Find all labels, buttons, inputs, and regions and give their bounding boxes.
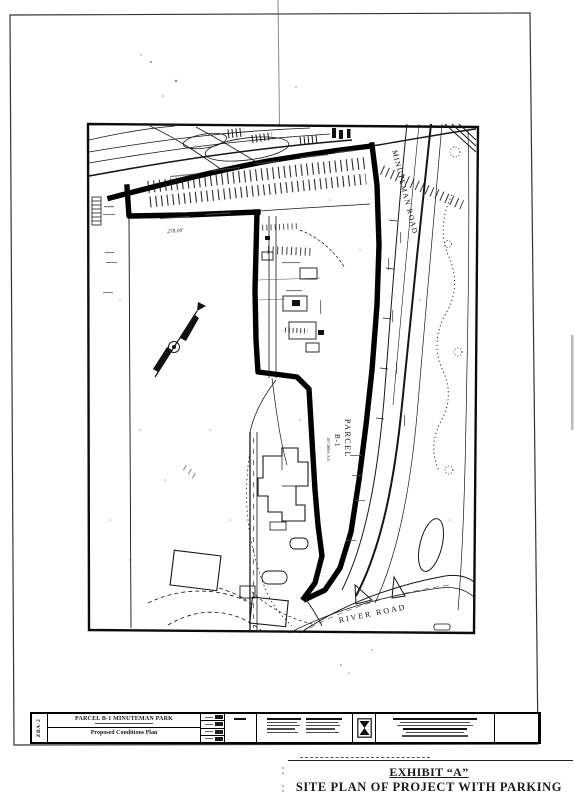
title-block: ZBA-2 PARCEL B-1 MINUTEMAN PARK Proposed… bbox=[30, 712, 541, 744]
exhibit-title: SITE PLAN OF PROJECT WITH PARKING bbox=[285, 780, 573, 795]
surveyor-logo-icon bbox=[357, 718, 372, 738]
dash-mark bbox=[234, 718, 246, 720]
drawing-title: Proposed Conditions Plan bbox=[91, 730, 158, 736]
sheet-number: ZBA-2 bbox=[37, 719, 43, 737]
scan-smear bbox=[571, 335, 574, 430]
dimension-label: 278.00' bbox=[167, 228, 184, 235]
illegible-location-line bbox=[95, 723, 153, 724]
titleblock-blank-cell bbox=[225, 714, 257, 742]
titleblock-title-cell: PARCEL B-1 MINUTEMAN PARK Proposed Condi… bbox=[48, 714, 201, 742]
titleblock-sheet-number-cell: ZBA-2 bbox=[32, 714, 48, 742]
titleblock-engineer-cell bbox=[257, 714, 353, 742]
site-plan-linework bbox=[0, 0, 575, 805]
map-detail bbox=[88, 124, 478, 633]
project-name: PARCEL B-1 MINUTEMAN PARK bbox=[75, 716, 173, 722]
illegible-text-block bbox=[306, 717, 342, 742]
scanned-exhibit-page: MINUTEMAN ROAD RIVER ROAD PARCEL B-1 187… bbox=[0, 0, 575, 805]
titleblock-empty-cell bbox=[495, 714, 539, 742]
parcel-label: PARCEL bbox=[343, 419, 352, 458]
titleblock-firm-cell bbox=[376, 714, 495, 742]
fold-line bbox=[278, 0, 280, 125]
titleblock-logo-cell bbox=[353, 714, 376, 742]
parcel-area-label: 187,800± S.F. bbox=[326, 437, 331, 462]
caption-rule-dashed bbox=[300, 757, 430, 758]
parcel-id-label: B-1 bbox=[333, 434, 341, 448]
exhibit-label: EXHIBIT “A” bbox=[285, 765, 573, 780]
illegible-text-block bbox=[267, 717, 301, 742]
titleblock-divider-line bbox=[48, 727, 200, 728]
titleblock-revision-cell bbox=[201, 714, 225, 742]
caption-rule bbox=[288, 760, 573, 761]
map-border bbox=[88, 124, 478, 633]
